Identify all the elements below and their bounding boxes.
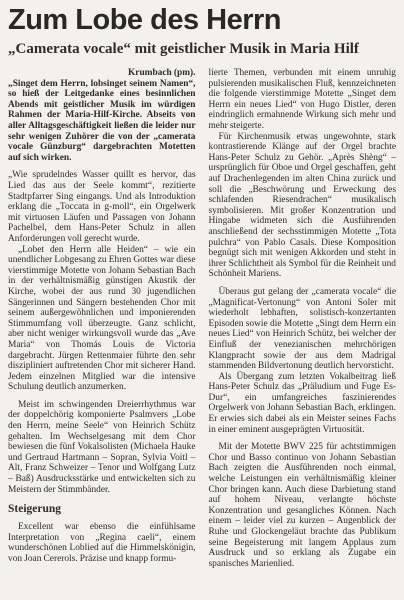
newspaper-clipping: Zum Lobe des Herrn „Camerata vocale“ mit… [0, 0, 404, 600]
paragraph-left-4: Meist im schwingenden Dreierrhythmus war… [8, 400, 196, 495]
paragraph-left-5: Excellent war ebenso die einfühlsame Int… [8, 522, 196, 564]
page-title: Zum Lobe des Herrn [8, 6, 396, 36]
article-body: Krumbach (pm). „Singet dem Herrn, lobsin… [8, 68, 396, 569]
lead-paragraph: „Singet dem Herrn, lobsinget seinem Name… [8, 79, 196, 164]
paragraph-right-3: Überaus gut gelang der „camerata vocale“… [209, 287, 397, 372]
article-column-right: lierte Themen, verbunden mit einem unruh… [209, 68, 397, 569]
article-column-left: Krumbach (pm). „Singet dem Herrn, lobsin… [8, 68, 196, 569]
paragraph-right-2: Für Kirchenmusik etwas ungewohnte, stark… [209, 132, 397, 280]
article-subtitle: „Camerata vocale“ mit geistlicher Musik … [8, 41, 396, 58]
paragraph-left-3: „Lobet den Herrn alle Heiden“ – wie ein … [8, 245, 196, 393]
section-subhead: Steigerung [8, 503, 196, 515]
dateline: Krumbach (pm). [8, 68, 196, 79]
paragraph-right-5: Mit der Motette BWV 225 für achtstimmige… [209, 442, 397, 569]
paragraph-left-2: „Wie sprudelndes Wasser quillt es hervor… [8, 170, 196, 244]
paragraph-right-1: lierte Themen, verbunden mit einem unruh… [209, 68, 397, 132]
paragraph-right-4: Als Übergang zum letzten Vokalbeitrag li… [209, 372, 397, 436]
